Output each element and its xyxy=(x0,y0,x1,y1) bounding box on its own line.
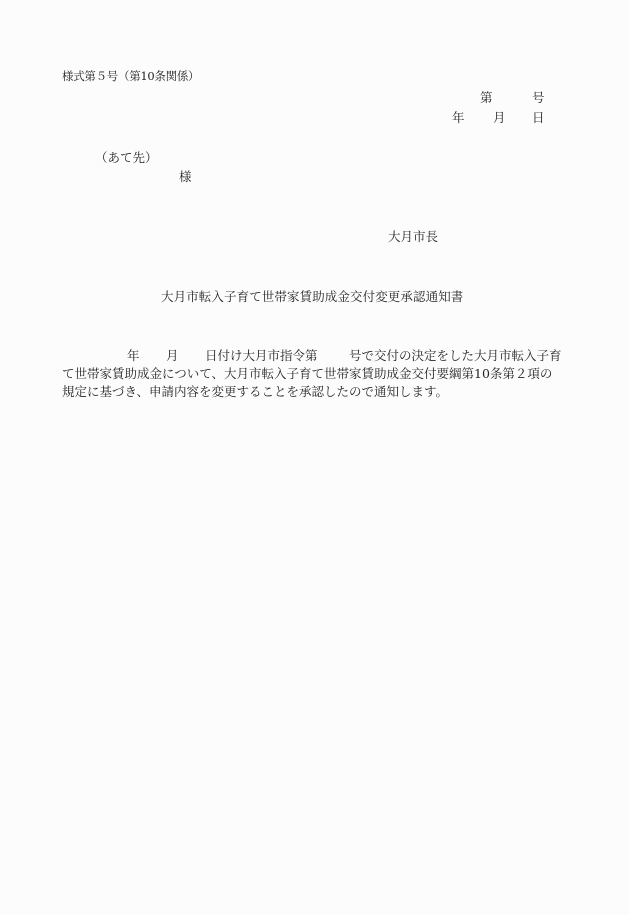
sender-mayor: 大月市長 xyxy=(388,227,438,245)
body-line1-end: 号で交付の決定をした大月市転入子育 xyxy=(349,346,562,364)
body-line3: 規定に基づき、申請内容を変更することを承認したので通知します。 xyxy=(62,382,448,400)
date-day: 日 xyxy=(532,108,545,126)
date-year: 年 xyxy=(452,108,465,126)
date-month: 月 xyxy=(493,108,506,126)
document-title: 大月市転入子育て世帯家賃助成金交付変更承認通知書 xyxy=(161,287,463,305)
body-month: 月 xyxy=(166,346,179,364)
body-line2: て世帯家賃助成金について、大月市転入子育て世帯家賃助成金交付要綱第10条第２項の xyxy=(62,364,552,382)
addressee-label: （あて先） xyxy=(95,148,158,166)
body-year: 年 xyxy=(127,346,140,364)
honorific-sama: 様 xyxy=(179,167,192,185)
form-number-label: 様式第５号（第10条関係） xyxy=(62,68,199,84)
number-suffix: 号 xyxy=(532,88,545,106)
number-prefix: 第 xyxy=(480,88,493,106)
body-line1-mid: 日付け大月市指令第 xyxy=(205,346,318,364)
